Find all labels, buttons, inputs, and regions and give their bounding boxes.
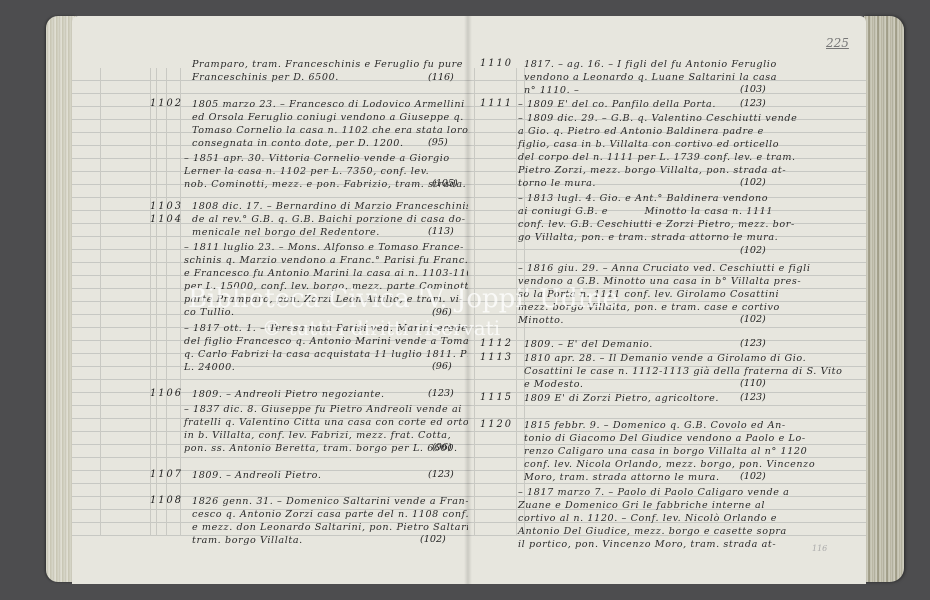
entry-reference: (103) (740, 84, 766, 95)
house-number: 1115 (480, 392, 513, 403)
entry-reference: (123) (428, 469, 454, 480)
entry-text: 1809 E' di Zorzi Pietro, agricoltore. (524, 392, 719, 405)
house-number: 1106 (150, 388, 183, 399)
margin-line (516, 68, 517, 536)
house-number: 1108 (150, 495, 183, 506)
entry-reference: (123) (740, 392, 766, 403)
entry-text: 1808 dic. 17. – Bernardino di Marzio Fra… (192, 200, 468, 239)
entry-text: 1810 apr. 28. – Il Demanio vende a Girol… (524, 352, 842, 391)
entry-reference: (123) (740, 98, 766, 109)
entry-reference: (123) (740, 338, 766, 349)
house-number: 1113 (480, 352, 513, 363)
house-number: 1110 (480, 58, 513, 69)
house-number: 1111 (480, 98, 513, 109)
house-number: 1102 (150, 98, 183, 109)
entry-text: – 1817 ott. 1. – Teresa nata Parisi ved.… (184, 322, 468, 374)
entry-reference: (102) (420, 534, 446, 545)
house-number: 1107 (150, 469, 183, 480)
page-stack-right-edge (864, 16, 904, 582)
book-gutter (464, 16, 472, 584)
house-number: 1112 (480, 338, 513, 349)
entry-reference: (102) (740, 471, 766, 482)
entry-reference: (96) (432, 307, 452, 318)
entry-text: Pramparo, tram. Franceschinis e Feruglio… (192, 58, 463, 84)
entry-text: – 1851 apr. 30. Vittoria Cornelio vende … (184, 152, 466, 191)
entry-text: – 1809 E' del co. Panfilo della Porta. (518, 98, 716, 111)
margin-line (180, 68, 181, 536)
entry-reference: (123) (428, 388, 454, 399)
entry-text: 1815 febbr. 9. – Domenico q. G.B. Covolo… (524, 419, 815, 484)
entry-reference: (102) (740, 177, 766, 188)
entry-text: – 1816 giu. 29. – Anna Cruciato ved. Ces… (518, 262, 811, 327)
entry-text: 1809. – Andreoli Pietro. (192, 469, 322, 482)
entry-reference: (95) (428, 137, 448, 148)
footer-mark: 116 (812, 544, 827, 553)
entry-reference: (110) (740, 378, 766, 389)
margin-line (156, 68, 157, 536)
entry-reference: (116) (428, 72, 454, 83)
entry-reference: (96) (432, 361, 452, 372)
open-ledger-book: Pramparo, tram. Franceschinis e Feruglio… (0, 0, 930, 600)
house-number: 1120 (480, 419, 513, 430)
page-number: 225 (826, 36, 849, 50)
entry-text: – 1813 lugl. 4. Gio. e Ant.° Baldinera v… (518, 192, 795, 244)
entry-text: 1809. – Andreoli Pietro negoziante. (192, 388, 385, 401)
entry-reference: (105) (432, 178, 458, 189)
house-number: 1103 1104 (150, 200, 183, 226)
entry-reference: (102) (740, 245, 766, 256)
entry-text: 1805 marzo 23. – Francesco di Lodovico A… (192, 98, 468, 150)
entry-text: – 1811 luglio 23. – Mons. Alfonso e Toma… (184, 241, 468, 319)
entry-text: – 1837 dic. 8. Giuseppe fu Pietro Andreo… (184, 403, 468, 455)
entry-reference: (102) (740, 314, 766, 325)
right-page: 225 1110 1817. – ag. 16. – I figli del f… (468, 16, 866, 584)
margin-line (166, 68, 167, 536)
entry-text: – 1817 marzo 7. – Paolo di Paolo Caligar… (518, 486, 789, 551)
entry-reference: (96) (432, 442, 452, 453)
margin-line (100, 68, 101, 536)
entry-text: 1809. – E' del Demanio. (524, 338, 653, 351)
margin-line (150, 68, 151, 536)
margin-line (474, 68, 475, 536)
left-page: Pramparo, tram. Franceschinis e Feruglio… (72, 16, 468, 584)
entry-reference: (113) (428, 226, 454, 237)
